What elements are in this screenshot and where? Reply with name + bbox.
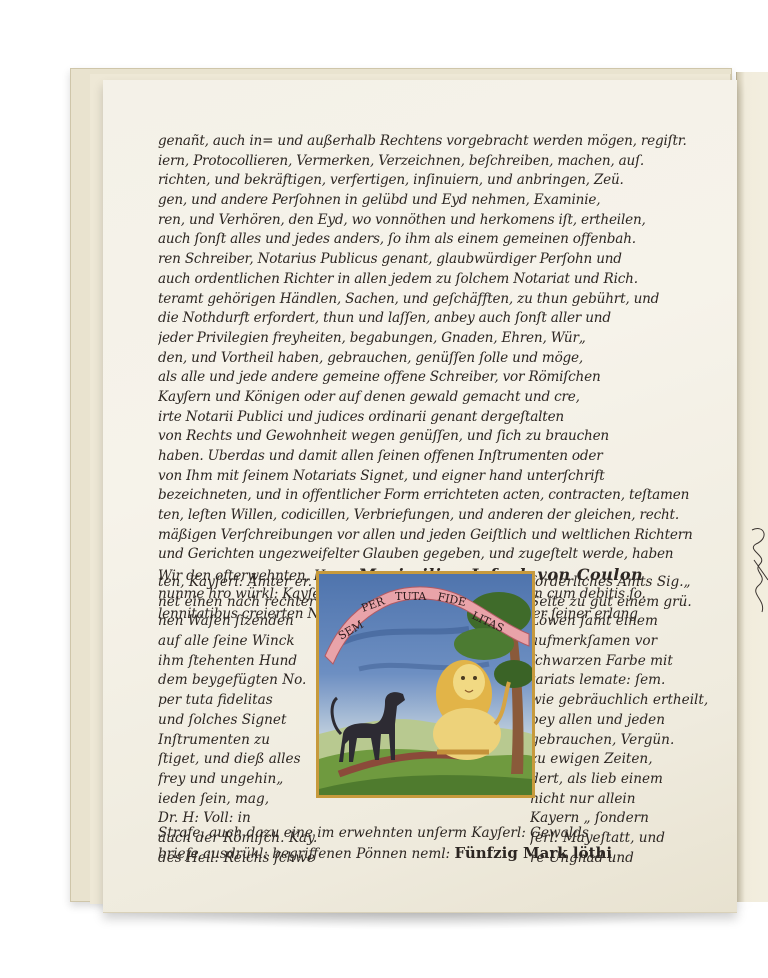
text-line: bey allen und jeden	[530, 711, 720, 731]
text-line: teramt gehörigen Händlen, Sachen, und ge…	[158, 290, 718, 310]
text-line: forderliches Amts Sig.„	[530, 573, 720, 593]
text-line-with-emphasis: briefe ausdrükl: begriffenen Pönnen neml…	[158, 844, 718, 864]
text-line: Strafe, auch dazu eine im erwehnten unſe…	[158, 824, 718, 844]
text-line: aufmerkſamen vor	[530, 632, 720, 652]
text-line: irte Notarii Publici und judices ordinar…	[158, 408, 718, 428]
coat-of-arms-illustration: SEM PER TUTA FIDE LITAS	[316, 571, 535, 798]
text-line: nen Waſen ſizenden	[158, 612, 318, 632]
text-line: gen, und andere Perſohnen in gelübd und …	[158, 191, 718, 211]
text-line: per tuta fidelitas	[158, 691, 318, 711]
text-line: von Ihm mit ſeinem Notariats Signet, und…	[158, 467, 718, 487]
text-line: mäßigen Verſchreibungen vor allen und je…	[158, 526, 718, 546]
banner-word: TUTA	[395, 590, 427, 603]
text-line: frey und ungehin„	[158, 770, 318, 790]
text-line: bezeichneten, und in offentlicher Form e…	[158, 486, 718, 506]
closing-text: Strafe, auch dazu eine im erwehnten unſe…	[158, 824, 718, 863]
text-line: Löwen ſamt einem	[530, 612, 720, 632]
text-line: ſtiget, und dieß alles	[158, 750, 318, 770]
text-line: ten, Kayſerl: Ämter er.	[158, 573, 318, 593]
text-line: auch ſonſt alles und jedes anders, ſo ih…	[158, 230, 718, 250]
facing-page-scrawl	[748, 520, 768, 640]
penalty-amount: Fünfzig Mark löthi	[454, 844, 612, 862]
text-line: ſchwarzen Farbe mit	[530, 652, 720, 672]
text-line: tariats lemate: ſem.	[530, 671, 720, 691]
text-line: ren Schreiber, Notarius Publicus genant,…	[158, 250, 718, 270]
text-fragment: briefe ausdrükl: begriffenen Pönnen neml…	[158, 846, 450, 862]
text-line: ihm ſtehenten Hund	[158, 652, 318, 672]
text-line: und Gerichten ungezweifelter Glauben geg…	[158, 545, 718, 565]
lion-and-dog-painting: SEM PER TUTA FIDE LITAS	[319, 574, 532, 795]
text-line: zu ewigen Zeiten,	[530, 750, 720, 770]
text-line: net einen nach rechter	[158, 593, 318, 613]
text-line: Inſtrumenten zu	[158, 731, 318, 751]
text-line: jeder Privilegien freyheiten, begabungen…	[158, 329, 718, 349]
text-line: und ſolches Signet	[158, 711, 318, 731]
text-line: auch ordentlichen Richter in allen jedem…	[158, 270, 718, 290]
text-line: wie gebräuchlich ertheilt,	[530, 691, 720, 711]
text-line: dert, als lieb einem	[530, 770, 720, 790]
text-line: Kayſern und Königen oder auf denen gewal…	[158, 388, 718, 408]
text-line: ten, leſten Willen, codicillen, Verbrief…	[158, 506, 718, 526]
text-line: genañt, auch in= und außerhalb Rechtens …	[158, 132, 718, 152]
text-line: gebrauchen, Vergün.	[530, 731, 720, 751]
text-line: auf alle ſeine Winck	[158, 632, 318, 652]
text-line: iern, Protocollieren, Vermerken, Verzeic…	[158, 152, 718, 172]
text-line: die Nothdurft erfordert, thun und laſſen…	[158, 309, 718, 329]
text-line: Seite zu gut einem grü.	[530, 593, 720, 613]
text-line: ren, und Verhören, den Eyd, wo vonnöthen…	[158, 211, 718, 231]
text-line: dem beygefügten No.	[158, 671, 318, 691]
text-line: von Rechts und Gewohnheit wegen genüſſen…	[158, 427, 718, 447]
text-line: als alle und jede andere gemeine offene …	[158, 368, 718, 388]
main-text: genañt, auch in= und außerhalb Rechtens …	[158, 132, 718, 624]
manuscript-page: genañt, auch in= und außerhalb Rechtens …	[103, 80, 737, 913]
facing-page-edge	[736, 72, 768, 902]
text-line: nicht nur allein	[530, 790, 720, 810]
text-line: den, und Vortheil haben, gebrauchen, gen…	[158, 349, 718, 369]
text-line: ieden ſein, mag,	[158, 790, 318, 810]
text-line: richten, und bekräftigen, verfertigen, i…	[158, 171, 718, 191]
text-line: haben. Uberdas und damit allen ſeinen of…	[158, 447, 718, 467]
